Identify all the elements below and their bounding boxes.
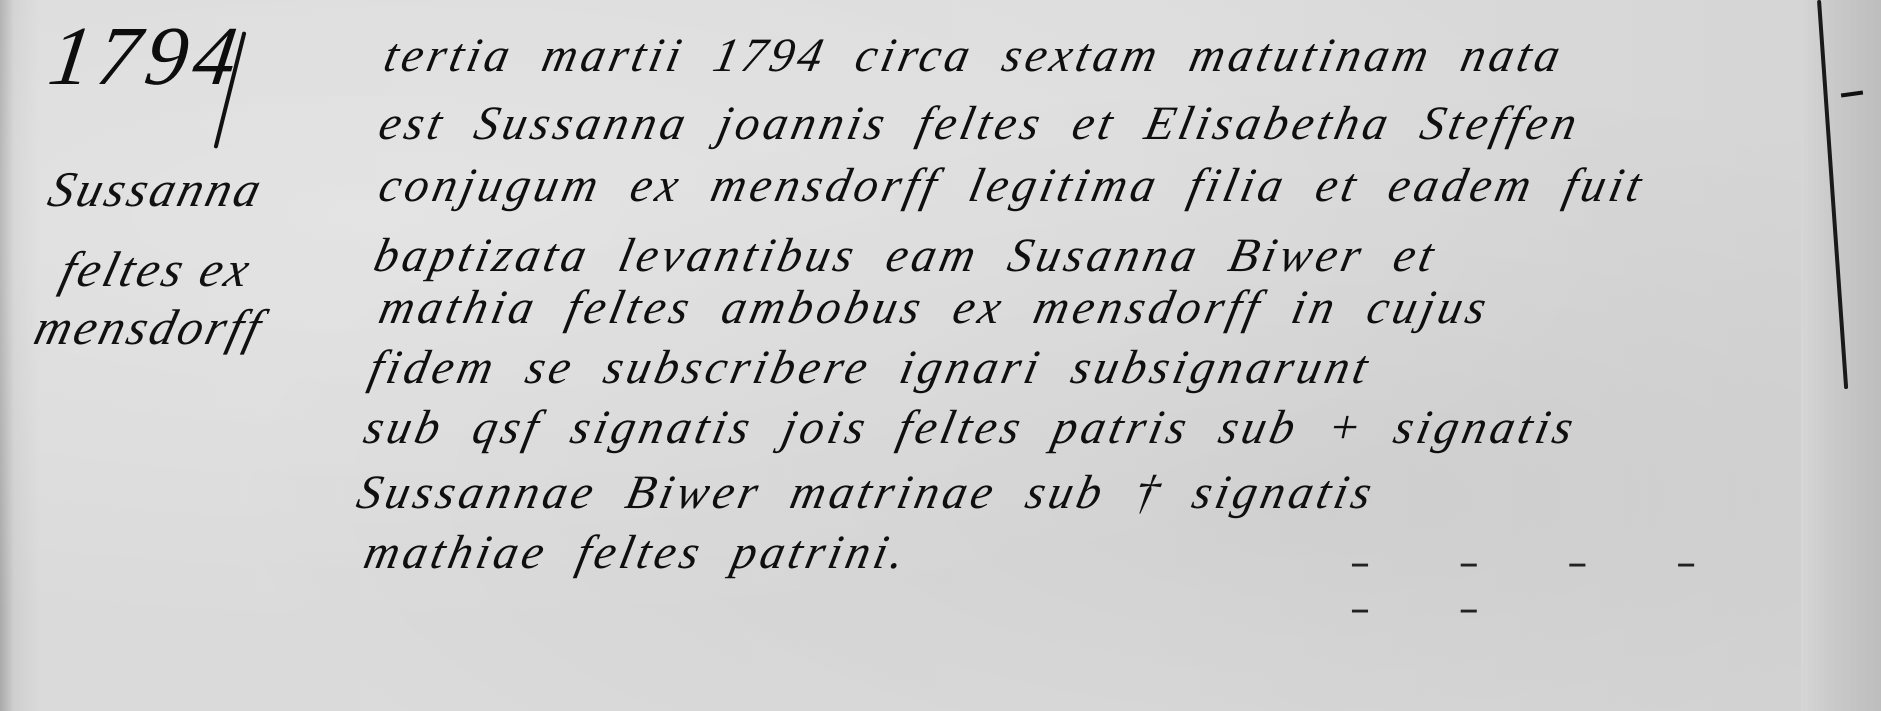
entry-line: mathia feltes ambobus ex mensdorff in cu…	[374, 280, 1495, 335]
margin-name-line-1: Sussanna	[43, 160, 270, 218]
binding-ink-mark	[1841, 90, 1863, 97]
margin-name-line-3: mensdorff	[29, 298, 270, 356]
binding-fold-line	[1817, 0, 1848, 389]
entry-line: mathiae feltes patrini.	[359, 525, 913, 580]
page-binding-edge	[1801, 0, 1881, 711]
line-filler-dashes: – – – – – –	[1350, 540, 1790, 632]
entry-line: conjugum ex mensdorff legitima filia et …	[374, 158, 1650, 213]
entry-line: fidem se subscribere ignari subsignarunt	[364, 340, 1377, 395]
document-page: 1794 Sussanna feltes ex mensdorff tertia…	[0, 0, 1881, 711]
entry-line: sub qsf signatis jois feltes patris sub …	[359, 400, 1582, 455]
entry-line: tertia martii 1794 circa sextam matutina…	[379, 28, 1569, 83]
entry-text: tertia martii 1794 circa sextam matutina…	[350, 0, 1790, 711]
margin-year: 1794	[43, 8, 249, 105]
margin-column: 1794 Sussanna feltes ex mensdorff	[0, 0, 380, 711]
entry-line: baptizata levantibus eam Susanna Biwer e…	[369, 228, 1443, 283]
entry-line: est Sussanna joannis feltes et Elisabeth…	[374, 96, 1586, 151]
entry-line: Sussannae Biwer matrinae sub † signatis	[352, 465, 1380, 520]
margin-name-line-2: feltes ex	[55, 240, 259, 298]
